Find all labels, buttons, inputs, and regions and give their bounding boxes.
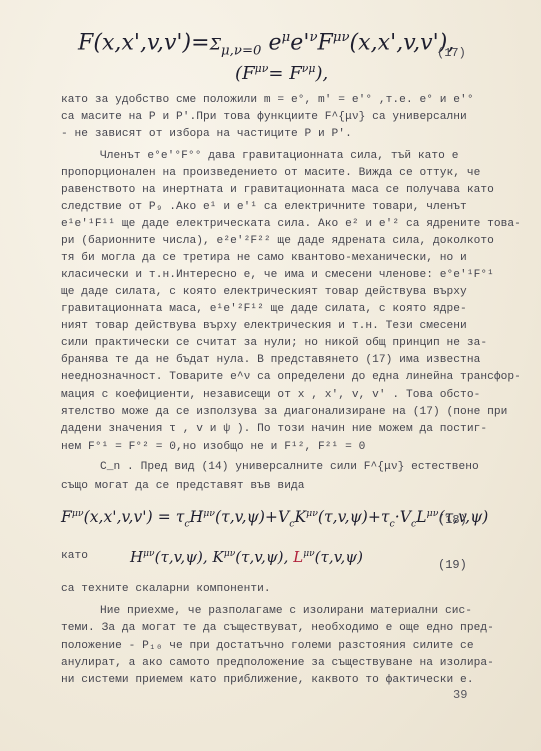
text-line: e¹e'¹F¹¹ ще даде електрическата сила. Ак…	[61, 218, 521, 230]
text-line: мация с коефициенти, независещи от x , x…	[61, 389, 480, 401]
text-line: гравитационната маса, e¹e'²F¹² ще даде с…	[61, 303, 467, 315]
text-line: Членът e°e'°F°° дава гравитационната сил…	[100, 150, 458, 162]
text-line: Ние приехме, че разполагаме с изолирани …	[100, 605, 472, 617]
equation-19-number: (19)	[438, 558, 467, 572]
page-number: 39	[453, 688, 467, 702]
text-line: - не зависят от избора на частиците P и …	[61, 128, 352, 140]
equation-18: Fμν(x,x',v,v') = τcHμν(τ,v,ψ)+VcKμν(τ,v,…	[61, 508, 488, 529]
text-line: положение - P₁₀ че при достатъчно големи…	[61, 640, 474, 652]
text-line: нем F°¹ = F°² = 0,но изобщо не и F¹², F²…	[61, 441, 365, 453]
text-line: ни системи приемем като приближение, как…	[61, 674, 474, 686]
text-line: също могат да се представят във вида	[61, 480, 305, 492]
text-line: C_n . Пред вид (14) универсалните сили F…	[100, 461, 479, 473]
text-line: дадени значения τ , v и ψ ). По този нач…	[61, 423, 487, 435]
text-line: ри (барионните числа), e²e'²F²² ще даде …	[61, 235, 494, 247]
text-line: ният товар действува върху електрическия…	[61, 320, 467, 332]
equation-17-line-2: (Fμν= Fνμ),	[235, 62, 328, 84]
equation-19-prefix: като	[61, 550, 88, 562]
equation-17-number: (17)	[437, 46, 466, 60]
text-line: сили практически се считат за нули; но н…	[61, 337, 487, 349]
text-line: са масите на P и P'.При това функциите F…	[61, 111, 467, 123]
text-line: анулират, а ако самото предположение за …	[61, 657, 494, 669]
text-line: пропорционален на произведението от маси…	[61, 167, 480, 179]
text-line: теми. За да могат те да съществуват, нео…	[61, 622, 494, 634]
equation-17-line-1: F(x,x',v,v')=Σμ,ν=0 eμe'νFμν(x,x',v,v'),	[78, 30, 454, 59]
text-line: нееднозначност. Товарите e^ν са определе…	[61, 371, 521, 383]
document-page: F(x,x',v,v')=Σμ,ν=0 eμe'νFμν(x,x',v,v'),…	[0, 0, 541, 751]
text-line: бранява те да не бъдат нула. В представя…	[61, 354, 480, 366]
text-line: са техните скаларни компоненти.	[61, 583, 271, 595]
text-line: ще даде силата, с която електрическият т…	[61, 286, 467, 298]
text-line: класически и т.н.Интересно е, че има и с…	[61, 269, 494, 281]
text-line: като за удобство сме положили m = e°, m'…	[61, 94, 474, 106]
equation-19: Hμν(τ,v,ψ), Kμν(τ,v,ψ), Lμν(τ,v,ψ)	[130, 548, 363, 566]
text-line: равенството на инертната и гравитационна…	[61, 184, 494, 196]
text-line: тя би могла да се третира не само кванто…	[61, 252, 467, 264]
equation-18-number: (18)	[438, 513, 467, 527]
text-line: ятелство може да се използува за диагона…	[61, 406, 507, 418]
text-line: следствие от P₉ .Ако e¹ и e'¹ са електри…	[61, 201, 467, 213]
